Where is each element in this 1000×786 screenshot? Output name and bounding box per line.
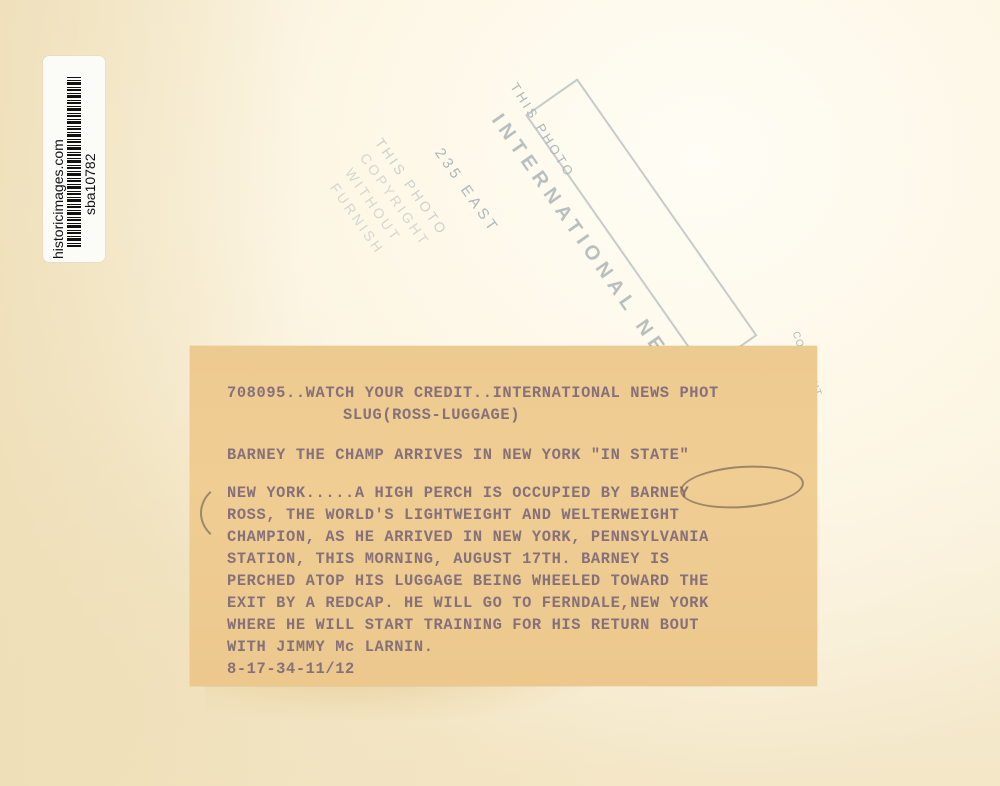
barcode-id-text: sba10782 bbox=[82, 153, 98, 215]
barcode-site-text: historicimages.com bbox=[50, 139, 66, 259]
caption-body-line: WITH JIMMY Mc LARNIN. bbox=[227, 638, 434, 656]
barcode-icon bbox=[67, 77, 81, 247]
caption-slug: SLUG(ROSS-LUGGAGE) bbox=[343, 406, 520, 424]
caption-body-line: CHAMPION, AS HE ARRIVED IN NEW YORK, PEN… bbox=[227, 528, 709, 546]
caption-body-line: WHERE HE WILL START TRAINING FOR HIS RET… bbox=[227, 616, 699, 634]
pen-circle-barney bbox=[679, 462, 806, 513]
pen-circle-ross bbox=[200, 481, 274, 545]
caption-body-line: STATION, THIS MORNING, AUGUST 17TH. BARN… bbox=[227, 550, 670, 568]
caption-date-code: 8-17-34-11/12 bbox=[227, 660, 355, 678]
caption-header: 708095..WATCH YOUR CREDIT..INTERNATIONAL… bbox=[227, 384, 719, 402]
caption-headline: BARNEY THE CHAMP ARRIVES IN NEW YORK "IN… bbox=[227, 446, 689, 464]
caption-body-line: ROSS, THE WORLD'S LIGHTWEIGHT AND WELTER… bbox=[227, 506, 679, 524]
caption-clipping: 708095..WATCH YOUR CREDIT..INTERNATIONAL… bbox=[190, 346, 817, 686]
caption-body-line: PERCHED ATOP HIS LUGGAGE BEING WHEELED T… bbox=[227, 572, 709, 590]
caption-body-line: NEW YORK.....A HIGH PERCH IS OCCUPIED BY… bbox=[227, 484, 689, 502]
barcode-label: historicimages.com sba10782 bbox=[43, 56, 105, 262]
caption-body-line: EXIT BY A REDCAP. HE WILL GO TO FERNDALE… bbox=[227, 594, 709, 612]
